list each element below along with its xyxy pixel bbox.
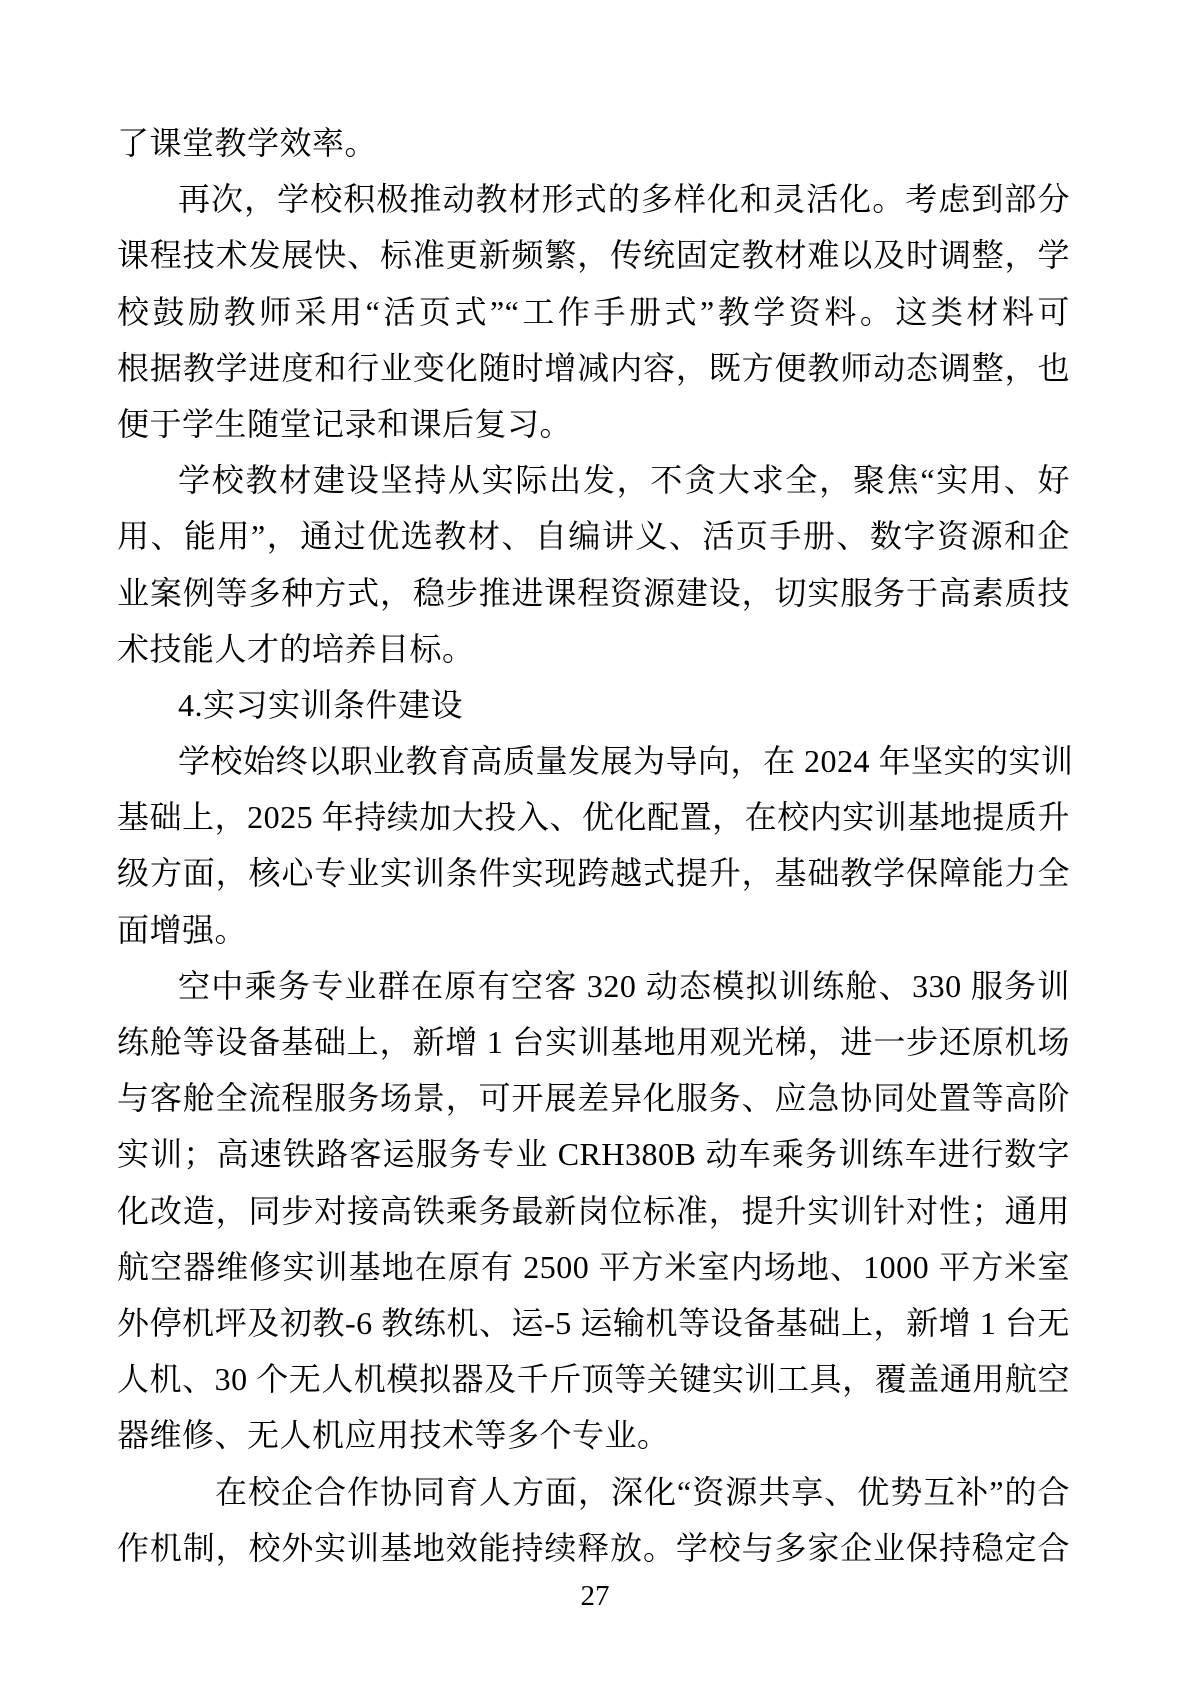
text-line: 根据教学进度和行业变化随时增减内容，既方便教师动态调整，也 xyxy=(117,340,1070,396)
text-line: 外停机坪及初教-6 教练机、运-5 运输机等设备基础上，新增 1 台无 xyxy=(117,1295,1070,1351)
text-line: 4.实习实训条件建设 xyxy=(117,677,1070,733)
text-line: 学校始终以职业教育高质量发展为导向，在 2024 年坚实的实训 xyxy=(117,733,1070,789)
text-line: 航空器维修实训基地在原有 2500 平方米室内场地、1000 平方米室 xyxy=(117,1239,1070,1295)
text-line: 与客舱全流程服务场景，可开展差异化服务、应急协同处置等高阶 xyxy=(117,1070,1070,1126)
text-line: 练舱等设备基础上，新增 1 台实训基地用观光梯，进一步还原机场 xyxy=(117,1014,1070,1070)
text-line: 再次，学校积极推动教材形式的多样化和灵活化。考虑到部分 xyxy=(117,171,1070,227)
text-line: 术技能人才的培养目标。 xyxy=(117,621,1070,677)
text-line: 了课堂教学效率。 xyxy=(117,115,1070,171)
text-line: 空中乘务专业群在原有空客 320 动态模拟训练舱、330 服务训 xyxy=(117,958,1070,1014)
text-line: 课程技术发展快、标准更新频繁，传统固定教材难以及时调整，学 xyxy=(117,227,1070,283)
page-number: 27 xyxy=(581,1580,610,1612)
text-line: 级方面，核心专业实训条件实现跨越式提升，基础教学保障能力全 xyxy=(117,845,1070,901)
text-line: 面增强。 xyxy=(117,902,1070,958)
text-line: 在校企合作协同育人方面，深化“资源共享、优势互补”的合 xyxy=(117,1464,1070,1520)
text-line: 人机、30 个无人机模拟器及千斤顶等关键实训工具，覆盖通用航空 xyxy=(117,1351,1070,1407)
text-line: 便于学生随堂记录和课后复习。 xyxy=(117,396,1070,452)
text-line: 校鼓励教师采用“活页式”“工作手册式”教学资料。这类材料可 xyxy=(117,284,1070,340)
text-line: 化改造，同步对接高铁乘务最新岗位标准，提升实训针对性；通用 xyxy=(117,1183,1070,1239)
document-body: 了课堂教学效率。再次，学校积极推动教材形式的多样化和灵活化。考虑到部分课程技术发… xyxy=(117,115,1070,1576)
text-line: 基础上，2025 年持续加大投入、优化配置，在校内实训基地提质升 xyxy=(117,789,1070,845)
page-footer: 27 xyxy=(0,1578,1190,1614)
document-page: 了课堂教学效率。再次，学校积极推动教材形式的多样化和灵活化。考虑到部分课程技术发… xyxy=(0,0,1190,1683)
text-line: 作机制，校外实训基地效能持续释放。学校与多家企业保持稳定合 xyxy=(117,1520,1070,1576)
text-line: 器维修、无人机应用技术等多个专业。 xyxy=(117,1407,1070,1463)
text-line: 学校教材建设坚持从实际出发，不贪大求全，聚焦“实用、好 xyxy=(117,452,1070,508)
text-line: 业案例等多种方式，稳步推进课程资源建设，切实服务于高素质技 xyxy=(117,565,1070,621)
text-line: 用、能用”，通过优选教材、自编讲义、活页手册、数字资源和企 xyxy=(117,508,1070,564)
text-line: 实训；高速铁路客运服务专业 CRH380B 动车乘务训练车进行数字 xyxy=(117,1126,1070,1182)
